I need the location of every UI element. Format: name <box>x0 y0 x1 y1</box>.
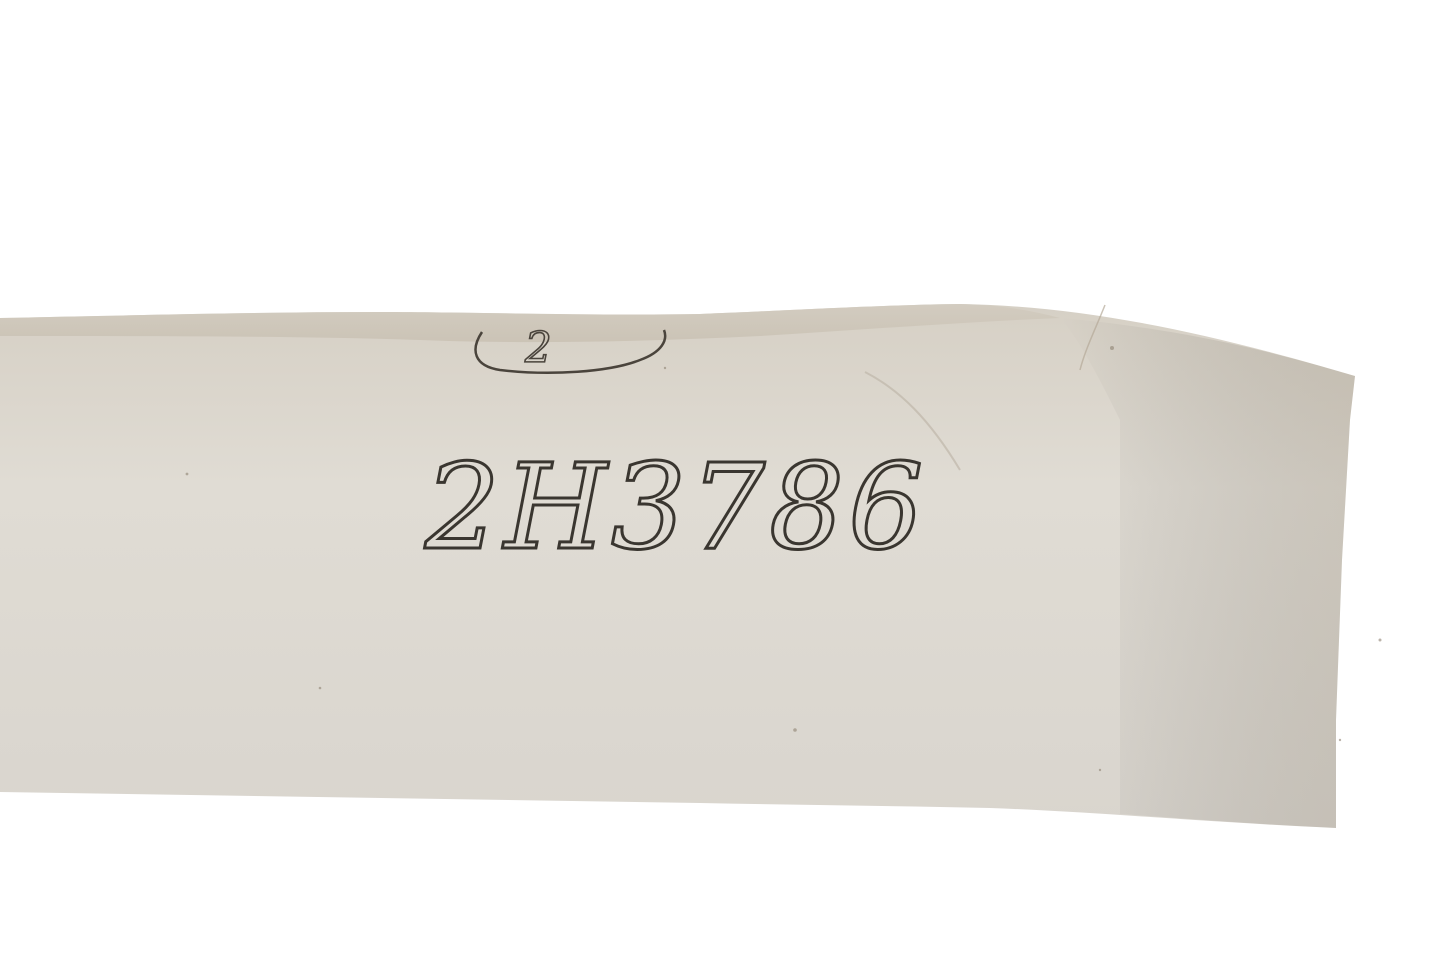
product-photo: 2 2H3786 <box>0 0 1445 964</box>
circled-label-text: 2 <box>524 323 552 372</box>
part-number-text: 2H3786 <box>424 438 927 576</box>
gasket-strip-illustration: 2 2H3786 <box>0 0 1445 964</box>
